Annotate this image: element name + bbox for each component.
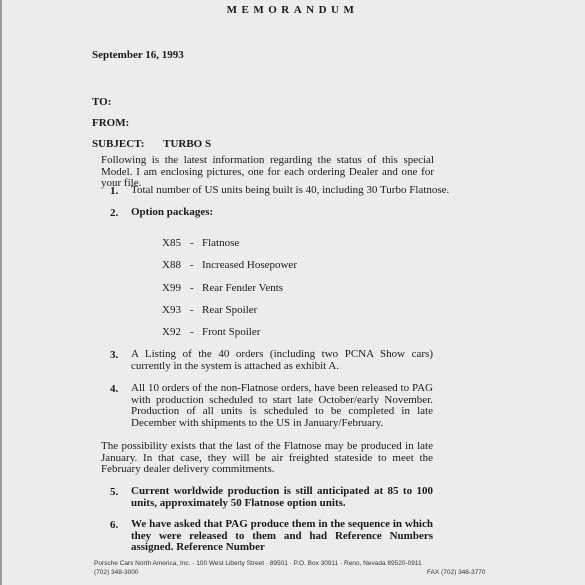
item-number: 5. bbox=[110, 486, 118, 498]
subject-label: SUBJECT: bbox=[92, 138, 144, 150]
from-label: FROM: bbox=[92, 117, 129, 129]
item-text: A Listing of the 40 orders (including tw… bbox=[131, 349, 433, 372]
memo-page: MEMORANDUM September 16, 1993 TO: FROM: … bbox=[0, 0, 585, 585]
page-edge-shadow bbox=[0, 0, 2, 585]
footer-address: Porsche Cars North America, Inc. · 100 W… bbox=[94, 560, 422, 567]
footer-fax: FAX (702) 348-3770 bbox=[427, 569, 486, 576]
option-description: Rear Fender Vents bbox=[202, 282, 283, 294]
from-field: FROM: bbox=[92, 117, 129, 129]
item-text: Option packages: bbox=[131, 207, 213, 219]
option-code: X93 bbox=[162, 304, 181, 316]
possibility-paragraph: The possibility exists that the last of … bbox=[101, 441, 433, 476]
to-field: TO: bbox=[92, 96, 111, 108]
item-text: Total number of US units being built is … bbox=[131, 185, 431, 197]
option-separator: - bbox=[190, 259, 194, 271]
option-separator: - bbox=[190, 237, 194, 249]
item-text: Current worldwide production is still an… bbox=[131, 486, 433, 509]
item-number: 4. bbox=[110, 383, 118, 395]
to-label: TO: bbox=[92, 96, 111, 108]
option-description: Rear Spoiler bbox=[202, 304, 257, 316]
option-description: Flatnose bbox=[202, 237, 239, 249]
item-text: All 10 orders of the non-Flatnose orders… bbox=[131, 383, 433, 429]
item-text: We have asked that PAG produce them in t… bbox=[131, 519, 433, 554]
item-number: 2. bbox=[110, 207, 118, 219]
subject-field: SUBJECT: TURBO S bbox=[92, 138, 211, 150]
option-code: X85 bbox=[162, 237, 181, 249]
footer-phone: (702) 348-3000 bbox=[94, 569, 138, 576]
option-separator: - bbox=[190, 282, 194, 294]
option-separator: - bbox=[190, 326, 194, 338]
memo-date: September 16, 1993 bbox=[92, 49, 184, 61]
option-code: X88 bbox=[162, 259, 181, 271]
subject-value: TURBO S bbox=[163, 138, 211, 150]
option-description: Increased Hosepower bbox=[202, 259, 297, 271]
item-number: 6. bbox=[110, 519, 118, 531]
option-description: Front Spoiler bbox=[202, 326, 260, 338]
option-code: X99 bbox=[162, 282, 181, 294]
item-number: 3. bbox=[110, 349, 118, 361]
item-number: 1. bbox=[110, 185, 118, 197]
option-separator: - bbox=[190, 304, 194, 316]
option-code: X92 bbox=[162, 326, 181, 338]
memo-title: MEMORANDUM bbox=[0, 4, 585, 16]
